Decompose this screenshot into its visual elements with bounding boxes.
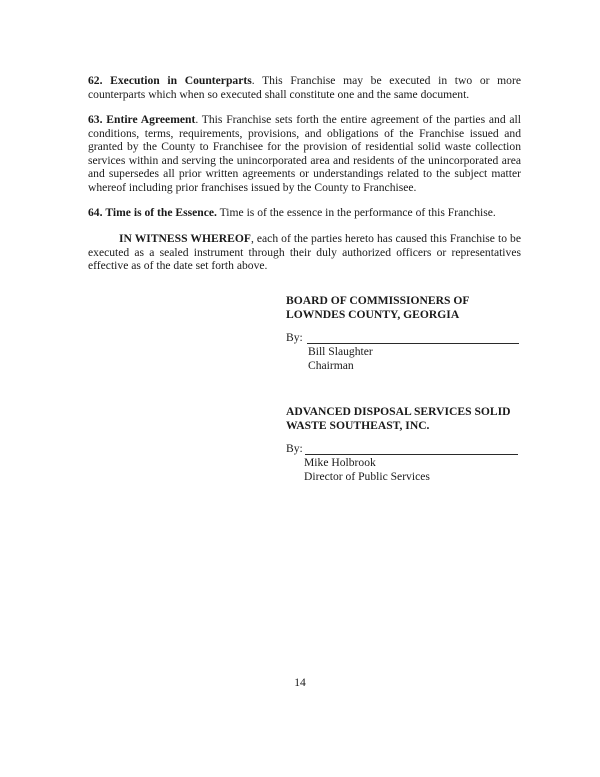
- signatory-entity-line-2: LOWNDES COUNTY, GEORGIA: [286, 308, 536, 322]
- section-number: 63.: [88, 113, 103, 126]
- signature-line: [305, 454, 518, 455]
- section-62-execution-in-counterparts: 62. Execution in Counterparts. This Fran…: [88, 74, 521, 101]
- signature-by-row: By:: [286, 442, 536, 456]
- section-number: 64.: [88, 206, 103, 219]
- document-page: 62. Execution in Counterparts. This Fran…: [0, 0, 600, 777]
- section-heading: Entire Agreement: [106, 113, 195, 126]
- page-number: 14: [0, 676, 600, 689]
- section-heading: Time is of the Essence.: [105, 206, 217, 219]
- witness-lead: IN WITNESS WHEREOF: [119, 232, 251, 245]
- signature-by-row: By:: [286, 331, 536, 345]
- signer-title: Director of Public Services: [304, 470, 536, 484]
- signer-name: Mike Holbrook: [304, 456, 536, 470]
- by-label: By:: [286, 331, 303, 345]
- signatory-entity-line-1: BOARD OF COMMISSIONERS OF: [286, 294, 536, 308]
- signatory-entity-line-1: ADVANCED DISPOSAL SERVICES SOLID: [286, 405, 536, 419]
- section-body: Time is of the essence in the performanc…: [217, 206, 496, 219]
- section-63-entire-agreement: 63. Entire Agreement. This Franchise set…: [88, 113, 521, 195]
- by-label: By:: [286, 442, 303, 456]
- section-64-time-is-of-the-essence: 64. Time is of the Essence. Time is of t…: [88, 206, 521, 220]
- witness-clause: IN WITNESS WHEREOF, each of the parties …: [88, 232, 521, 273]
- section-number: 62.: [88, 74, 103, 87]
- section-heading: Execution in Counterparts: [110, 74, 252, 87]
- signer-title: Chairman: [308, 359, 536, 373]
- signature-block-franchisee: ADVANCED DISPOSAL SERVICES SOLID WASTE S…: [286, 405, 536, 483]
- signature-block-county: BOARD OF COMMISSIONERS OF LOWNDES COUNTY…: [286, 294, 536, 372]
- signer-name: Bill Slaughter: [308, 345, 536, 359]
- signatory-entity-line-2: WASTE SOUTHEAST, INC.: [286, 419, 536, 433]
- signature-line: [307, 343, 519, 344]
